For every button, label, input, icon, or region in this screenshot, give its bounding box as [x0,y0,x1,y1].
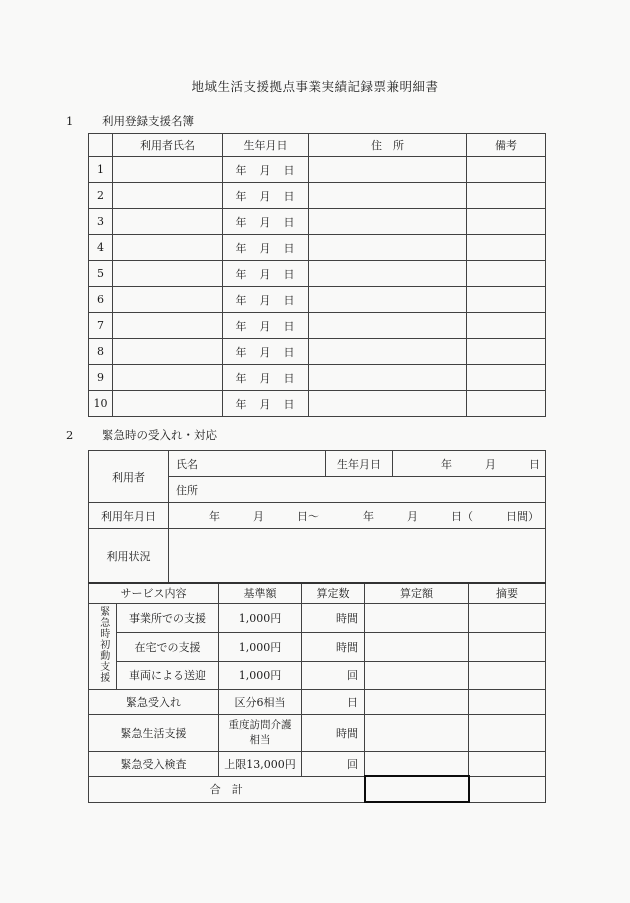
col-header-name: 利用者氏名 [113,134,223,157]
service-row: 緊急生活支援 重度訪問介護 相当 時間 [89,714,546,751]
registry-header-row: 利用者氏名 生年月日 住 所 備考 [89,134,546,157]
col-header-base: 基準額 [219,583,302,603]
birth-cell: 年 月 日 [223,209,309,235]
address-cell [309,261,467,287]
note-cell [467,235,546,261]
user-label-cell: 利用者 [89,451,169,503]
note-cell [467,261,546,287]
calc-amount-cell [365,689,469,714]
name-cell [113,183,223,209]
calc-amount-cell [365,632,469,661]
service-row: 緊急時初動支援 事業所での支援 1,000円 時間 [89,603,546,632]
service-note-cell [469,603,546,632]
base-amount-cell: 1,000円 [219,632,302,661]
address-cell [309,287,467,313]
col-header-service: サービス内容 [89,583,219,603]
note-cell [467,313,546,339]
address-cell [309,391,467,417]
registry-table: 利用者氏名 生年月日 住 所 備考 1 年 月 日 2 年 月 日 3 年 月 … [88,133,546,417]
row-number: 3 [89,209,113,235]
note-cell [467,287,546,313]
section2-number: 2 [66,428,102,442]
row-number: 9 [89,365,113,391]
row-number: 4 [89,235,113,261]
address-cell [309,235,467,261]
row-number: 5 [89,261,113,287]
service-name-cell: 車両による送迎 [117,661,219,689]
col-header-birth: 生年月日 [223,134,309,157]
service-note-cell [469,714,546,751]
row-number: 1 [89,157,113,183]
birth-cell: 年 月 日 [223,157,309,183]
registry-row: 1 年 月 日 [89,157,546,183]
calc-count-cell: 回 [302,661,365,689]
birth-cell: 年 月 日 [223,183,309,209]
name-cell [113,157,223,183]
service-name-cell: 緊急生活支援 [89,714,219,751]
calc-count-cell: 日 [302,689,365,714]
total-amount-cell [365,776,469,802]
usage-status-value-cell [169,529,546,583]
usage-status-label-cell: 利用状況 [89,529,169,583]
usage-period-value-cell: 年 月 日～ 年 月 日（ 日間） [169,503,546,529]
row-number: 2 [89,183,113,209]
registry-row: 2 年 月 日 [89,183,546,209]
note-cell [467,365,546,391]
base-amount-cell: 1,000円 [219,603,302,632]
address-cell [309,183,467,209]
col-header-rowno [89,134,113,157]
base-amount-cell: 上限13,000円 [219,751,302,776]
row-number: 6 [89,287,113,313]
birth-cell: 年 月 日 [223,287,309,313]
base-amount-cell: 1,000円 [219,661,302,689]
services-table: サービス内容 基準額 算定数 算定額 摘要 緊急時初動支援 事業所での支援 1,… [88,582,546,803]
user-birth-value-cell: 年 月 日 [393,451,546,477]
service-group-cell: 緊急時初動支援 [89,603,117,689]
col-header-address: 住 所 [309,134,467,157]
registry-row: 3 年 月 日 [89,209,546,235]
base-amount-cell: 重度訪問介護 相当 [219,714,302,751]
service-row: 車両による送迎 1,000円 回 [89,661,546,689]
registry-row: 10 年 月 日 [89,391,546,417]
services-header-row: サービス内容 基準額 算定数 算定額 摘要 [89,583,546,603]
registry-row: 4 年 月 日 [89,235,546,261]
registry-row: 7 年 月 日 [89,313,546,339]
user-name-cell: 氏名 [169,451,326,477]
service-row: 緊急受入れ 区分6相当 日 [89,689,546,714]
calc-amount-cell [365,714,469,751]
service-name-cell: 事業所での支援 [117,603,219,632]
calc-count-cell: 時間 [302,714,365,751]
name-cell [113,313,223,339]
note-cell [467,339,546,365]
name-cell [113,209,223,235]
row-number: 7 [89,313,113,339]
section1-number: 1 [66,114,102,128]
address-cell [309,313,467,339]
service-group-label: 緊急時初動支援 [97,606,108,683]
col-header-count: 算定数 [302,583,365,603]
col-header-amount: 算定額 [365,583,469,603]
usage-status-row: 利用状況 [89,529,546,583]
registry-row: 8 年 月 日 [89,339,546,365]
user-name-row: 利用者 氏名 生年月日 年 月 日 [89,451,546,477]
service-note-cell [469,632,546,661]
total-note-cell [469,776,546,802]
name-cell [113,287,223,313]
birth-cell: 年 月 日 [223,261,309,287]
calc-amount-cell [365,661,469,689]
service-name-cell: 在宅での支援 [117,632,219,661]
note-cell [467,183,546,209]
usage-period-row: 利用年月日 年 月 日～ 年 月 日（ 日間） [89,503,546,529]
calc-count-cell: 時間 [302,603,365,632]
address-cell [309,157,467,183]
address-cell [309,365,467,391]
page-title: 地域生活支援拠点事業実績記録票兼明細書 [0,77,630,95]
section1-title: 利用登録支援名簿 [102,114,194,128]
service-row: 緊急受入検査 上限13,000円 回 [89,751,546,776]
calc-count-cell: 時間 [302,632,365,661]
service-name-cell: 緊急受入検査 [89,751,219,776]
section1-heading: 1利用登録支援名簿 [66,113,194,129]
service-note-cell [469,751,546,776]
address-cell [309,209,467,235]
section2-title: 緊急時の受入れ・対応 [102,428,217,442]
service-note-cell [469,689,546,714]
user-birth-label-cell: 生年月日 [326,451,393,477]
col-header-note: 備考 [467,134,546,157]
col-header-note: 摘要 [469,583,546,603]
service-name-cell: 緊急受入れ [89,689,219,714]
name-cell [113,339,223,365]
base-amount-cell: 区分6相当 [219,689,302,714]
row-number: 10 [89,391,113,417]
row-number: 8 [89,339,113,365]
address-cell [309,339,467,365]
birth-cell: 年 月 日 [223,235,309,261]
total-row: 合 計 [89,776,546,802]
note-cell [467,157,546,183]
section2-heading: 2緊急時の受入れ・対応 [66,427,217,443]
usage-period-label-cell: 利用年月日 [89,503,169,529]
calc-amount-cell [365,603,469,632]
total-label-cell: 合 計 [89,776,365,802]
calc-amount-cell [365,751,469,776]
registry-row: 6 年 月 日 [89,287,546,313]
birth-cell: 年 月 日 [223,365,309,391]
emergency-user-table: 利用者 氏名 生年月日 年 月 日 住所 利用年月日 年 月 日～ 年 月 日（… [88,450,546,583]
name-cell [113,391,223,417]
birth-cell: 年 月 日 [223,339,309,365]
name-cell [113,365,223,391]
service-note-cell [469,661,546,689]
registry-row: 5 年 月 日 [89,261,546,287]
user-address-cell: 住所 [169,477,546,503]
calc-count-cell: 回 [302,751,365,776]
note-cell [467,209,546,235]
name-cell [113,261,223,287]
document-page: 地域生活支援拠点事業実績記録票兼明細書 1利用登録支援名簿 利用者氏名 生年月日… [0,0,630,903]
note-cell [467,391,546,417]
registry-row: 9 年 月 日 [89,365,546,391]
birth-cell: 年 月 日 [223,313,309,339]
name-cell [113,235,223,261]
service-row: 在宅での支援 1,000円 時間 [89,632,546,661]
birth-cell: 年 月 日 [223,391,309,417]
